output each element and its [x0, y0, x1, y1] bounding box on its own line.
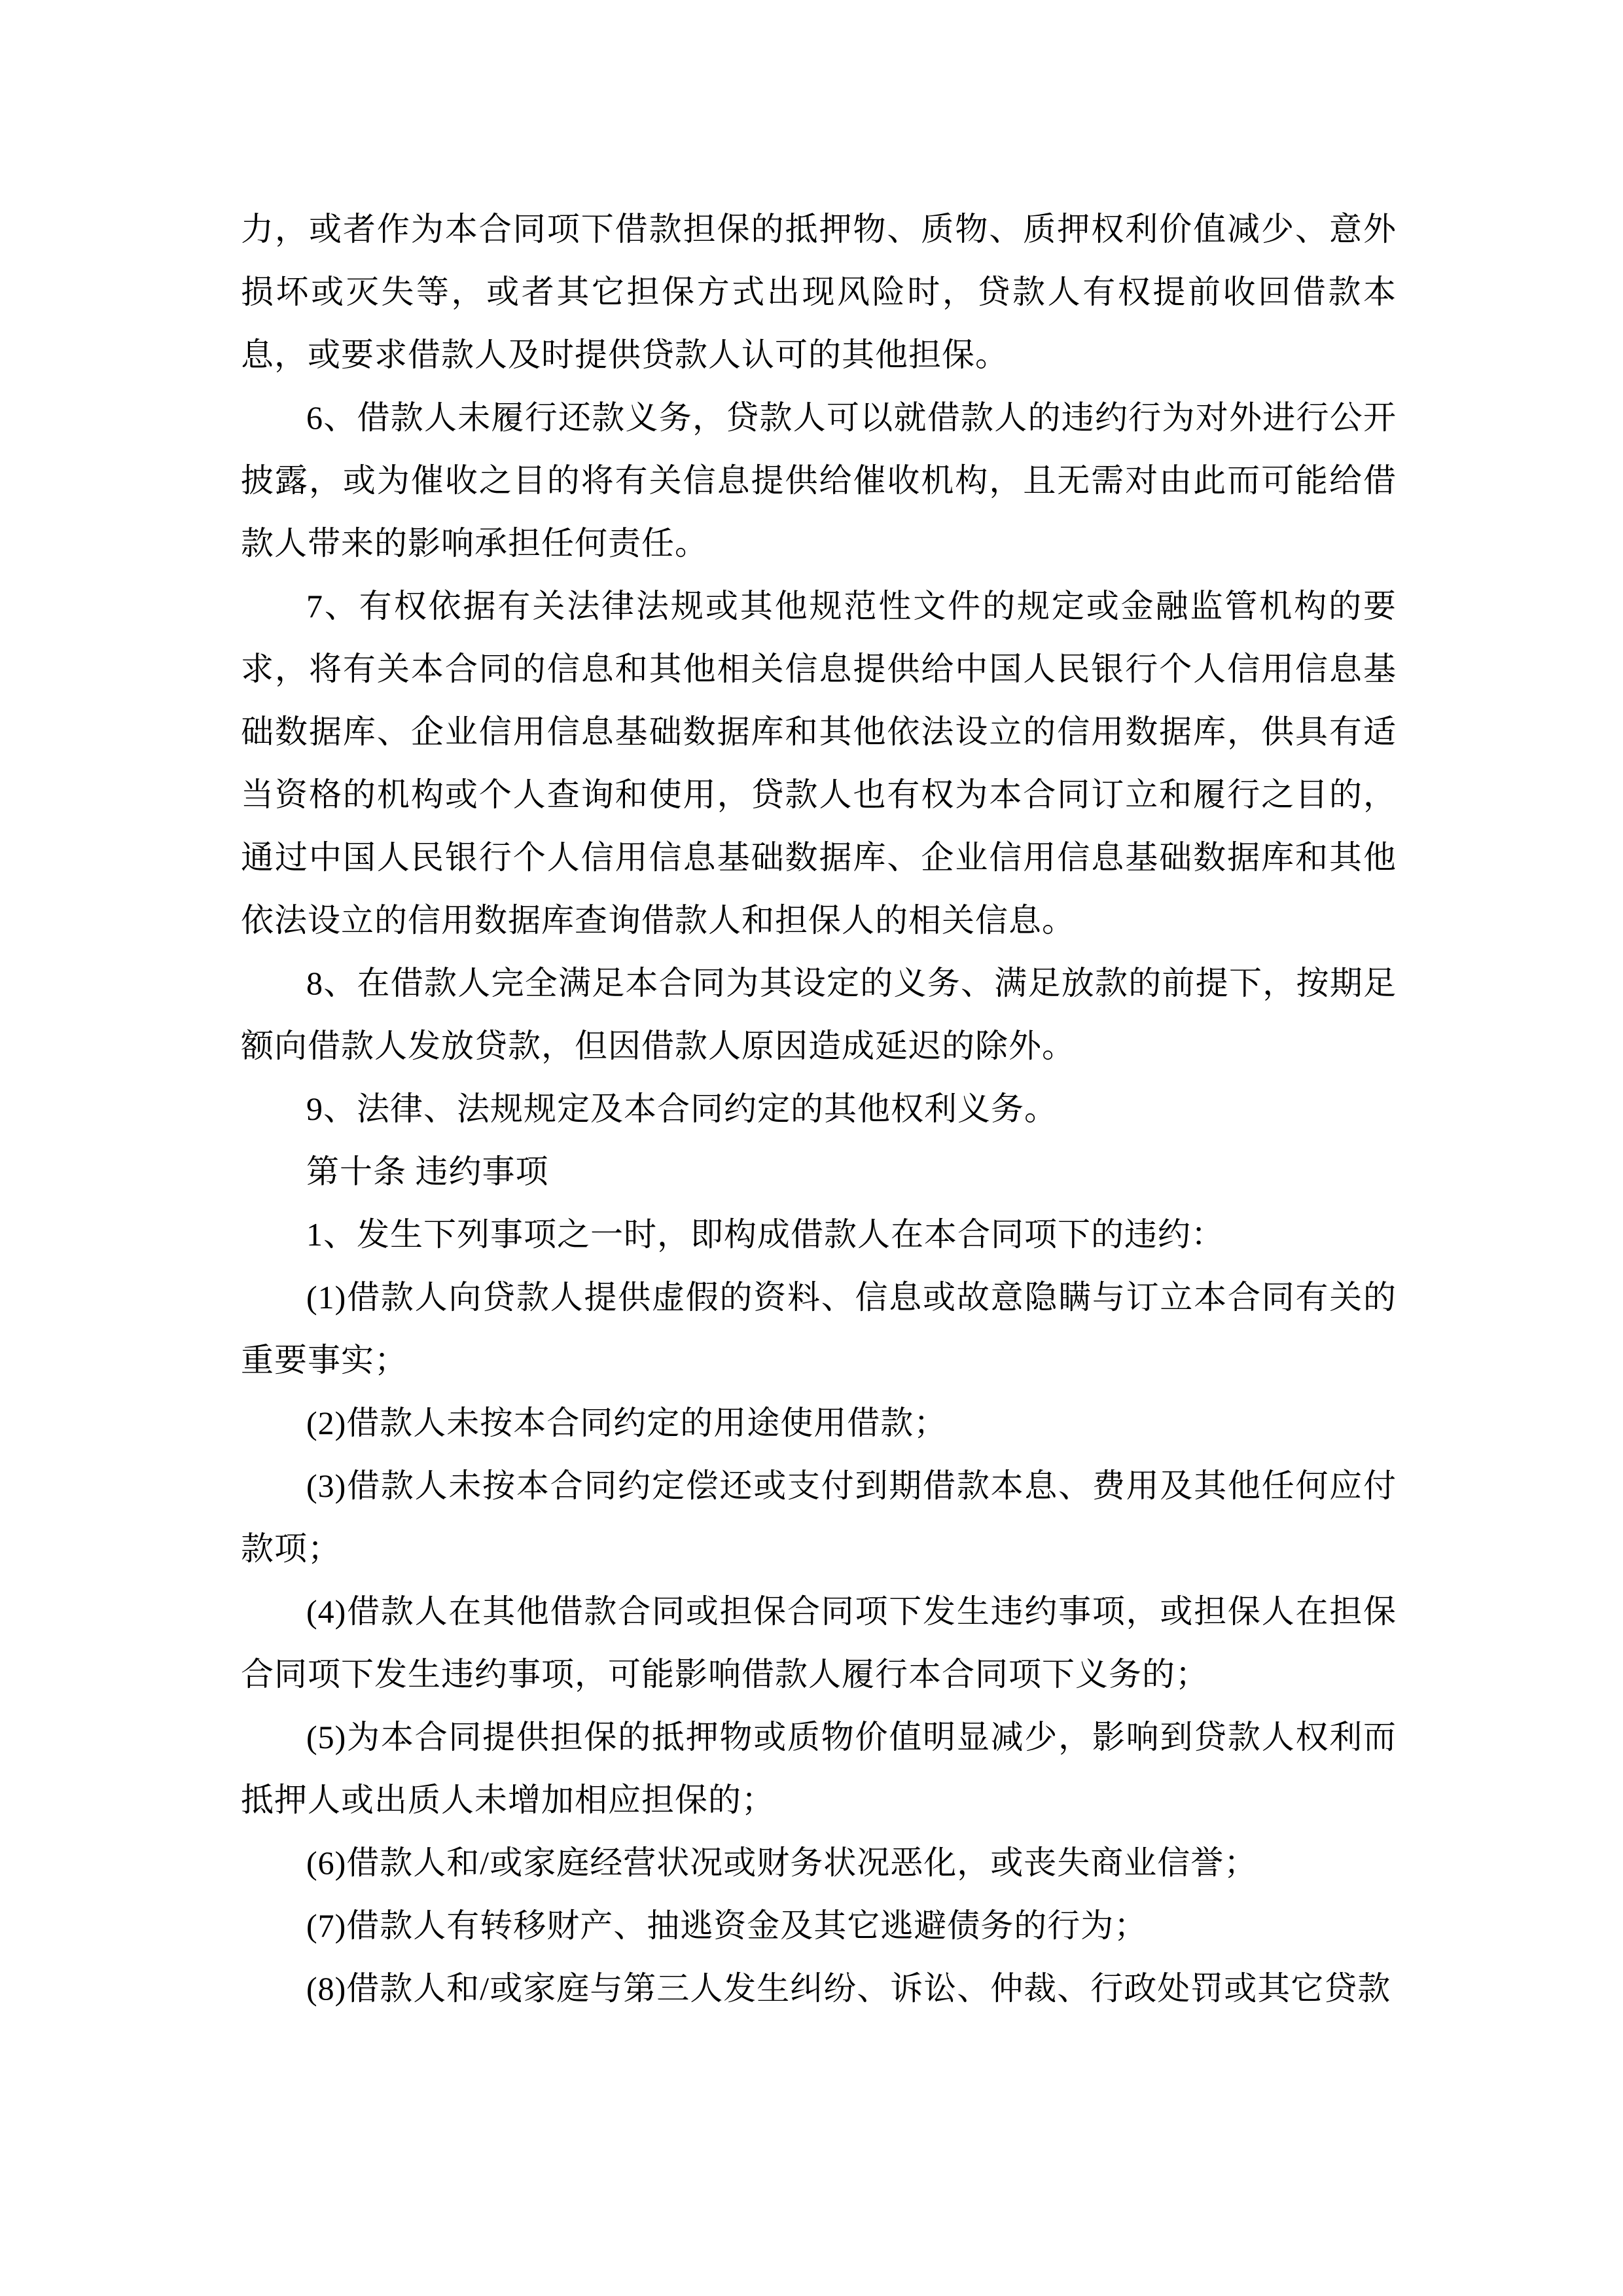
document-page: 力，或者作为本合同项下借款担保的抵押物、质物、质押权利价值减少、意外损坏或灭失等… — [0, 0, 1623, 2296]
paragraph: (5)为本合同提供担保的抵押物或质物价值明显减少，影响到贷款人权利而抵押人或出质… — [241, 1706, 1397, 1831]
paragraph: 7、有权依据有关法律法规或其他规范性文件的规定或金融监管机构的要求，将有关本合同… — [241, 575, 1397, 952]
paragraph: (2)借款人未按本合同约定的用途使用借款； — [241, 1391, 1397, 1454]
paragraph: (3)借款人未按本合同约定偿还或支付到期借款本息、费用及其他任何应付款项； — [241, 1454, 1397, 1580]
paragraph: 第十条 违约事项 — [241, 1140, 1397, 1203]
paragraph: (4)借款人在其他借款合同或担保合同项下发生违约事项，或担保人在担保合同项下发生… — [241, 1580, 1397, 1706]
paragraph: 力，或者作为本合同项下借款担保的抵押物、质物、质押权利价值减少、意外损坏或灭失等… — [241, 198, 1397, 386]
document-body: 力，或者作为本合同项下借款担保的抵押物、质物、质押权利价值减少、意外损坏或灭失等… — [241, 198, 1397, 2020]
paragraph: (6)借款人和/或家庭经营状况或财务状况恶化，或丧失商业信誉； — [241, 1831, 1397, 1894]
paragraph: (1)借款人向贷款人提供虚假的资料、信息或故意隐瞒与订立本合同有关的重要事实； — [241, 1266, 1397, 1391]
paragraph: 6、借款人未履行还款义务，贷款人可以就借款人的违约行为对外进行公开披露，或为催收… — [241, 386, 1397, 575]
paragraph: 8、在借款人完全满足本合同为其设定的义务、满足放款的前提下，按期足额向借款人发放… — [241, 952, 1397, 1077]
paragraph: 9、法律、法规规定及本合同约定的其他权利义务。 — [241, 1077, 1397, 1140]
paragraph: 1、发生下列事项之一时，即构成借款人在本合同项下的违约： — [241, 1203, 1397, 1266]
paragraph: (7)借款人有转移财产、抽逃资金及其它逃避债务的行为； — [241, 1894, 1397, 1957]
paragraph: (8)借款人和/或家庭与第三人发生纠纷、诉讼、仲裁、行政处罚或其它贷款 — [241, 1957, 1397, 2020]
